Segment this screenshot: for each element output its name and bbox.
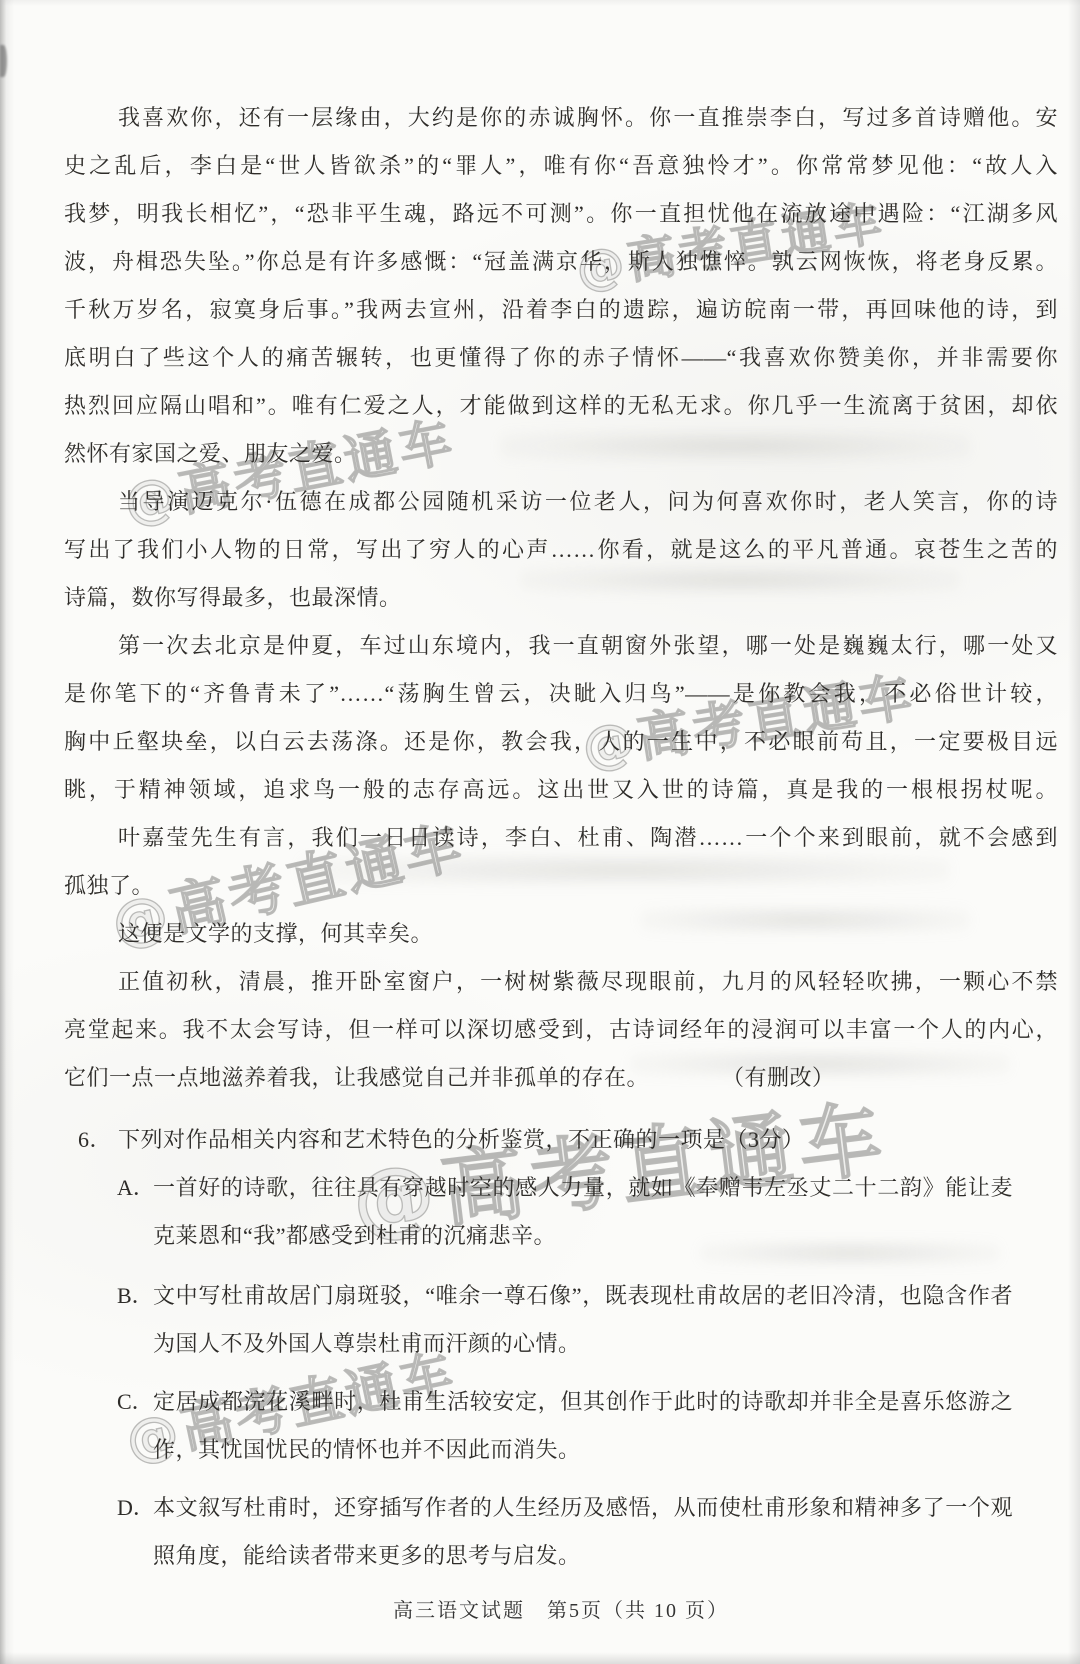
essay-line: 胸中丘壑块垒，以白云去荡涤。还是你，教会我，人的一生中，不必眼前苟且，一定要极目… — [64, 718, 1058, 766]
essay-line: 当导演迈克尔·伍德在成都公园随机采访一位老人，问为何喜欢你时，老人笑言，你的诗 — [64, 478, 1058, 526]
essay-line: 我喜欢你，还有一层缘由，大约是你的赤诚胸怀。你一直推崇李白，写过多首诗赠他。安 — [64, 94, 1058, 142]
option-d-line-2: 照角度，能给读者带来更多的思考与启发。 — [153, 1532, 1013, 1580]
essay-line-text: 它们一点一点地滋养着我，让我感觉自己并非孤单的存在。 — [64, 1065, 649, 1090]
option-c-line-1: 定居成都浣花溪畔时，杜甫生活较安定，但其创作于此时的诗歌却并非全是喜乐悠游之 — [153, 1378, 1013, 1426]
option-b-line-1: 文中写杜甫故居门扇斑驳，“唯余一尊石像”，既表现杜甫故居的老旧冷清，也隐含作者 — [153, 1272, 1013, 1320]
essay-line: 第一次去北京是仲夏，车过山东境内，我一直朝窗外张望，哪一处是巍巍太行，哪一处又 — [64, 622, 1058, 670]
essay-line: 眺，于精神领域，追求鸟一般的志存高远。这出世又入世的诗篇，真是我的一根根拐杖呢。 — [64, 766, 1058, 814]
option-c: C． 定居成都浣花溪畔时，杜甫生活较安定，但其创作于此时的诗歌却并非全是喜乐悠游… — [78, 1378, 1058, 1474]
essay-paragraph-5: 这便是文学的支撑，何其幸矣。 — [64, 910, 1058, 958]
essay-line: 诗篇，数你写得最多，也最深情。 — [64, 574, 1058, 622]
question-number: 6． — [78, 1127, 112, 1152]
exam-text-body: 我喜欢你，还有一层缘由，大约是你的赤诚胸怀。你一直推崇李白，写过多首诗赠他。安 … — [0, 0, 1080, 1626]
question-stem: 下列对作品相关内容和艺术特色的分析鉴赏，不正确的一项是（3分） — [118, 1127, 805, 1152]
option-d-line-1: 本文叙写杜甫时，还穿插写作者的人生经历及感悟，从而使杜甫形象和精神多了一个观 — [153, 1484, 1013, 1532]
option-c-line-2: 作，其忧国忧民的情怀也并不因此而消失。 — [153, 1426, 1013, 1474]
essay-line: 史之乱后，李白是“世人皆欲杀”的“罪人”，唯有你“吾意独怜才”。你常常梦见他：“… — [64, 142, 1058, 190]
essay-line: 热烈回应隔山唱和”。唯有仁爱之人，才能做到这样的无私无求。你几乎一生流离于贫困，… — [64, 382, 1058, 430]
essay-line: 它们一点一点地滋养着我，让我感觉自己并非孤单的存在。（有删改） — [64, 1054, 1058, 1102]
essay-paragraph-3: 第一次去北京是仲夏，车过山东境内，我一直朝窗外张望，哪一处是巍巍太行，哪一处又 … — [64, 622, 1058, 814]
question-stem-line: 6．下列对作品相关内容和艺术特色的分析鉴赏，不正确的一项是（3分） — [78, 1116, 1058, 1164]
option-a: A． 一首好的诗歌，往往具有穿越时空的感人力量，就如《奉赠韦左丞丈二十二韵》能让… — [78, 1164, 1058, 1260]
essay-line: 底明白了些这个人的痛苦辗转，也更懂得了你的赤子情怀——“我喜欢你赞美你，并非需要… — [64, 334, 1058, 382]
option-b-label: B． — [117, 1272, 154, 1320]
essay-line: 是你笔下的“齐鲁青未了”……“荡胸生曾云，决眦入归鸟”——是你教会我，不必俗世计… — [64, 670, 1058, 718]
scanned-exam-page: @高考直通车 @高考直通车 @高考直通车 @高考直通车 @高考直通车 @高考直通… — [0, 0, 1080, 1664]
essay-line: 叶嘉莹先生有言，我们一日日读诗，李白、杜甫、陶潜……一个个来到眼前，就不会感到 — [64, 814, 1058, 862]
essay-line: 正值初秋，清晨，推开卧室窗户，一树树紫薇尽现眼前，九月的风轻轻吹拂，一颗心不禁 — [64, 958, 1058, 1006]
essay-paragraph-6: 正值初秋，清晨，推开卧室窗户，一树树紫薇尽现眼前，九月的风轻轻吹拂，一颗心不禁 … — [64, 958, 1058, 1102]
essay-line: 我梦，明我长相忆”，“恐非平生魂，路远不可测”。你一直担忧他在流放途中遇险：“江… — [64, 190, 1058, 238]
option-a-line-2: 克莱恩和“我”都感受到杜甫的沉痛悲辛。 — [153, 1212, 1013, 1260]
option-c-label: C． — [117, 1378, 154, 1426]
option-a-label: A． — [117, 1164, 155, 1212]
edit-note: （有删改） — [733, 1065, 835, 1090]
essay-line: 波，舟楫恐失坠。”你总是有许多感慨：“冠盖满京华，斯人独憔悴。孰云网恢恢，将老身… — [64, 238, 1058, 286]
option-a-line-1: 一首好的诗歌，往往具有穿越时空的感人力量，就如《奉赠韦左丞丈二十二韵》能让麦 — [153, 1164, 1013, 1212]
essay-paragraph-2: 当导演迈克尔·伍德在成都公园随机采访一位老人，问为何喜欢你时，老人笑言，你的诗 … — [64, 478, 1058, 622]
essay-line: 孤独了。 — [64, 862, 1058, 910]
option-d: D． 本文叙写杜甫时，还穿插写作者的人生经历及感悟，从而使杜甫形象和精神多了一个… — [78, 1484, 1058, 1580]
essay-paragraph-1: 我喜欢你，还有一层缘由，大约是你的赤诚胸怀。你一直推崇李白，写过多首诗赠他。安 … — [64, 94, 1058, 478]
essay-line: 然怀有家国之爱、朋友之爱。 — [64, 430, 1058, 478]
scan-edge-bottom — [0, 1652, 1080, 1664]
essay-line: 写出了我们小人物的日常，写出了穷人的心声……你看，就是这么的平凡普通。哀苍生之苦… — [64, 526, 1058, 574]
option-b-line-2: 为国人不及外国人尊崇杜甫而汗颜的心情。 — [153, 1320, 1013, 1368]
question-6: 6．下列对作品相关内容和艺术特色的分析鉴赏，不正确的一项是（3分） A． 一首好… — [64, 1116, 1058, 1580]
essay-paragraph-4: 叶嘉莹先生有言，我们一日日读诗，李白、杜甫、陶潜……一个个来到眼前，就不会感到 … — [64, 814, 1058, 910]
essay-line: 千秋万岁名，寂寞身后事。”我两去宣州，沿着李白的遗踪，遍访皖南一带，再回味他的诗… — [64, 286, 1058, 334]
option-b: B． 文中写杜甫故居门扇斑驳，“唯余一尊石像”，既表现杜甫故居的老旧冷清，也隐含… — [78, 1272, 1058, 1368]
essay-line: 亮堂起来。我不太会写诗，但一样可以深切感受到，古诗词经年的浸润可以丰富一个人的内… — [64, 1006, 1058, 1054]
option-d-label: D． — [117, 1484, 155, 1532]
essay-line: 这便是文学的支撑，何其幸矣。 — [64, 910, 1058, 958]
page-footer: 高三语文试题 第5页（共 10 页） — [64, 1596, 1058, 1626]
